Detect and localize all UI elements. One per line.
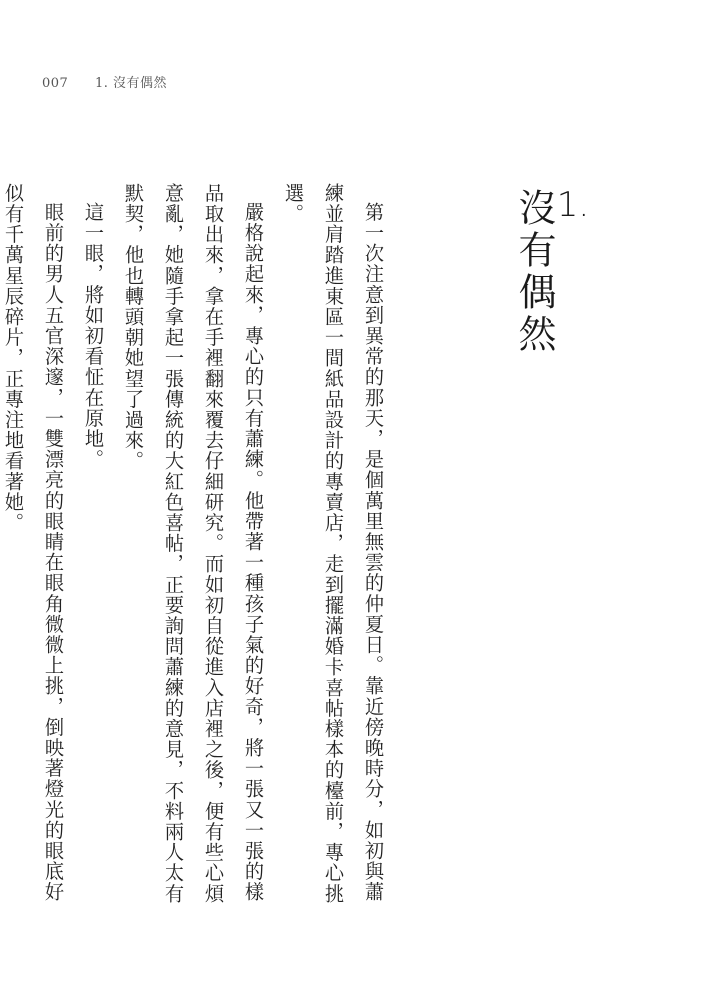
paragraph: 嚴格說起來，專心的只有蕭練。他帶著一種孩子氣的好奇，將一張又一張的樣品取出來，拿… (113, 183, 273, 923)
chapter-title: 沒有偶然 (512, 188, 556, 356)
running-chapter-title: 1. 沒有偶然 (95, 76, 167, 91)
paragraph: 眼前的男人五官深邃，一雙漂亮的眼睛在眼角微微上挑，倒映著燈光的眼底好似有千萬星辰… (0, 183, 73, 923)
page-number: 007 (42, 76, 68, 91)
running-header: 007 1. 沒有偶然 (42, 72, 167, 91)
paragraph: 第一次注意到異常的那天，是個萬里無雲的仲夏日。靠近傍晚時分，如初與蕭練並肩踏進東… (273, 183, 393, 923)
chapter-number: 1. (553, 188, 593, 222)
body-text: 第一次注意到異常的那天，是個萬里無雲的仲夏日。靠近傍晚時分，如初與蕭練並肩踏進東… (0, 183, 393, 923)
chapter-heading: 1. 沒有偶然 (515, 188, 593, 356)
paragraph: 這一眼，將如初看怔在原地。 (73, 183, 113, 923)
